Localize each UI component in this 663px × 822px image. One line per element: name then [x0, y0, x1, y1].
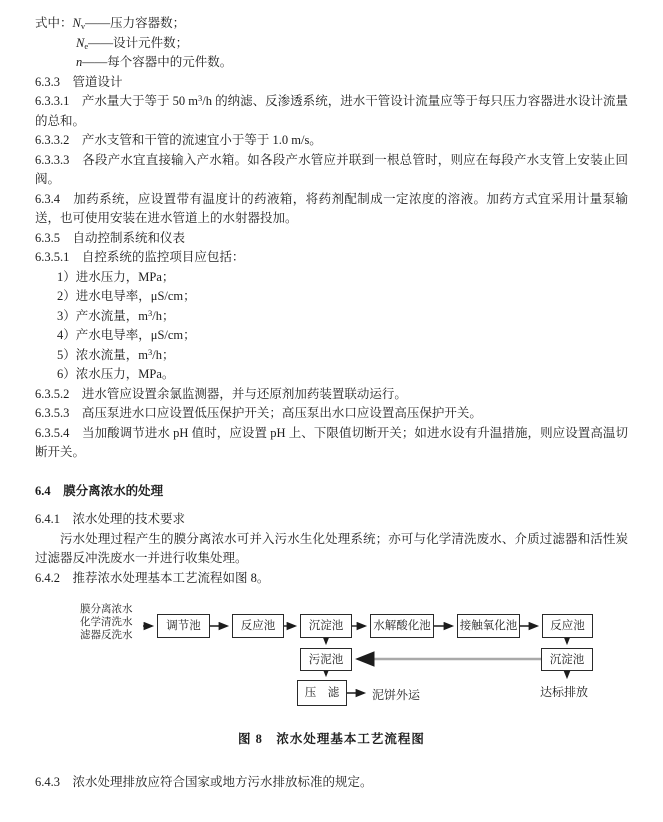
clause-6-3-3-3: 6.3.3.3 各段产水宜直接输入产水箱。如各段产水管应并联到一根总管时，则应在…: [35, 151, 628, 190]
clause-6-4-3: 6.4.3 浓水处理排放应符合国家或地方污水排放标准的规定。: [35, 773, 628, 793]
formula-def-nv: 式中：Nv——压力容器数；: [35, 14, 628, 34]
flow-box-hydrolysis-acidification-tank: 水解酸化池: [370, 614, 434, 638]
clause-6-3-5-1: 6.3.5.1 自控系统的监控项目应包括：: [35, 248, 628, 268]
clause-6-3-5-4: 6.3.5.4 当加酸调节进水 pH 值时，应设置 pH 上、下限值切断开关；如…: [35, 424, 628, 463]
figure-8-caption: 图 8 浓水处理基本工艺流程图: [35, 730, 628, 750]
flow-box-sedimentation-tank-2: 沉淀池: [541, 648, 593, 671]
figure-8-flow-diagram: 膜分离浓水 化学清洗水 滤器反洗水 调节池 反应池 沉淀池 水解酸化池 接触氧化…: [35, 602, 628, 708]
clause-6-3-5: 6.3.5 自动控制系统和仪表: [35, 229, 628, 249]
list-item-5: 5）浓水流量，m3/h；: [35, 346, 628, 366]
list-item-3: 3）产水流量，m3/h；: [35, 307, 628, 327]
section-heading-6-4: 6.4 膜分离浓水的处理: [35, 482, 628, 502]
list-item-2: 2）进水电导率，μS/cm；: [35, 287, 628, 307]
def-intro: 式中：: [35, 16, 73, 30]
formula-def-ne: Ne——设计元件数；: [35, 34, 628, 54]
flow-box-regulating-tank: 调节池: [157, 614, 210, 638]
flow-output-sludge-cake: 泥饼外运: [372, 686, 420, 706]
flow-box-reaction-tank-2: 反应池: [542, 614, 593, 638]
list-item-6: 6）浓水压力，MPa。: [35, 365, 628, 385]
clause-6-4-2: 6.4.2 推荐浓水处理基本工艺流程如图 8。: [35, 569, 628, 589]
input-stream-label: 膜分离浓水: [80, 603, 133, 616]
symbol-nv: N: [73, 16, 81, 30]
clause-6-3-5-3: 6.3.5.3 高压泵进水口应设置低压保护开关；高压泵出水口应设置高压保护开关。: [35, 404, 628, 424]
flow-input-streams: 膜分离浓水 化学清洗水 滤器反洗水: [80, 603, 133, 642]
input-stream-label: 化学清洗水: [80, 616, 133, 629]
flow-box-sedimentation-tank-1: 沉淀池: [300, 614, 352, 638]
formula-def-n: n——每个容器中的元件数。: [35, 53, 628, 73]
clause-6-3-3: 6.3.3 管道设计: [35, 73, 628, 93]
document-page: 式中：Nv——压力容器数； Ne——设计元件数； n——每个容器中的元件数。 6…: [0, 0, 663, 822]
clause-6-3-5-2: 6.3.5.2 进水管应设置余氯监测器，并与还原剂加药装置联动运行。: [35, 385, 628, 405]
list-item-1: 1）进水压力，MPa；: [35, 268, 628, 288]
list-item-4: 4）产水电导率，μS/cm；: [35, 326, 628, 346]
clause-6-4-1-body: 污水处理过程产生的膜分离浓水可并入污水生化处理系统；亦可与化学清洗废水、介质过滤…: [35, 530, 628, 569]
clause-6-3-4: 6.3.4 加药系统，应设置带有温度计的药液箱，将药剂配制成一定浓度的溶液。加药…: [35, 190, 628, 229]
flow-box-reaction-tank-1: 反应池: [232, 614, 284, 638]
flow-output-discharge: 达标排放: [540, 683, 588, 703]
flow-box-contact-oxidation-tank: 接触氧化池: [457, 614, 520, 638]
flow-box-filter-press: 压 滤: [297, 680, 347, 706]
clause-6-4-1: 6.4.1 浓水处理的技术要求: [35, 510, 628, 530]
clause-6-3-3-2: 6.3.3.2 产水支管和干管的流速宜小于等于 1.0 m/s。: [35, 131, 628, 151]
clause-6-3-3-1: 6.3.3.1 产水量大于等于 50 m3/h 的纳滤、反渗透系统，进水干管设计…: [35, 92, 628, 131]
flow-box-sludge-tank: 污泥池: [300, 648, 352, 671]
input-stream-label: 滤器反洗水: [80, 629, 133, 642]
